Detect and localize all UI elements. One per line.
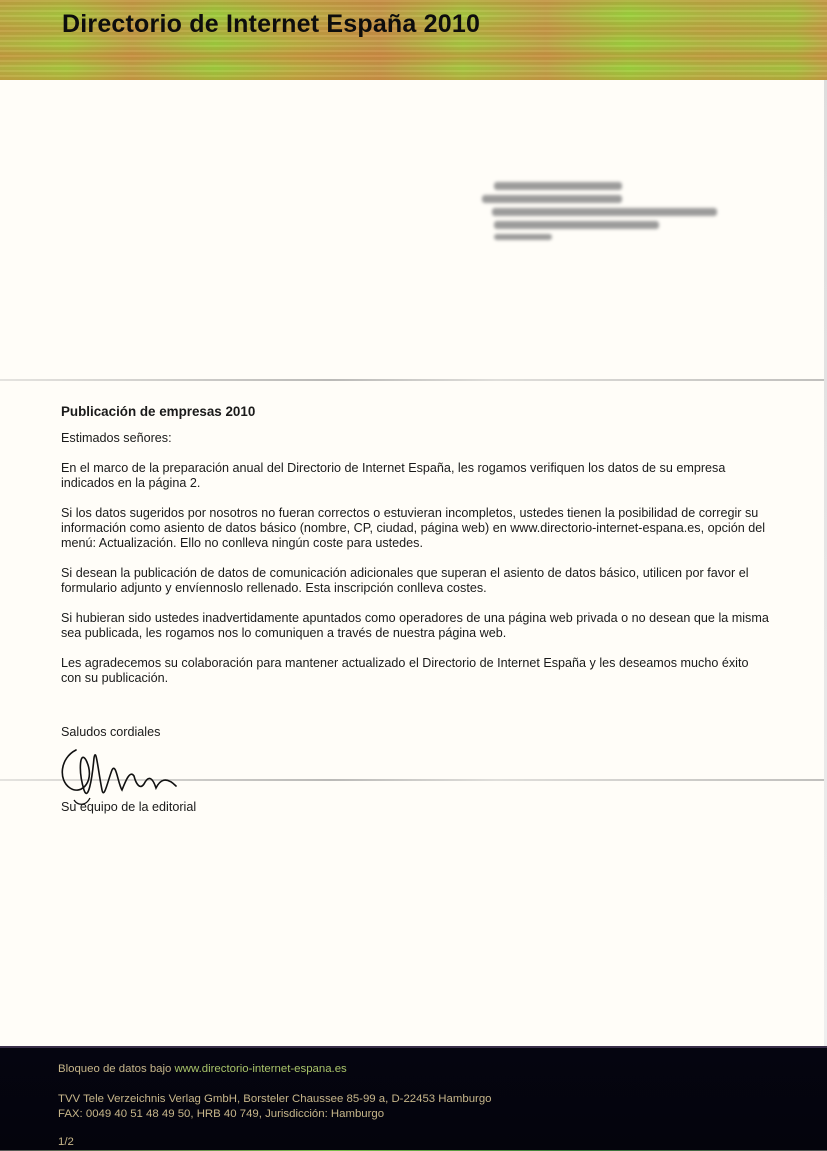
letter-body: Publicación de empresas 2010 Estimados s…: [61, 404, 771, 701]
footer-website-link[interactable]: www.directorio-internet-espana.es: [175, 1063, 347, 1075]
company-contact: FAX: 0049 40 51 48 49 50, HRB 40 749, Ju…: [58, 1107, 384, 1121]
redacted-line: [494, 221, 659, 229]
paragraph: En el marco de la preparación anual del …: [61, 461, 771, 491]
data-block-notice-label: Bloqueo de datos bajo: [58, 1063, 175, 1075]
redacted-line: [494, 182, 622, 190]
closing: Saludos cordiales: [61, 725, 160, 739]
paragraph: Si los datos sugeridos por nosotros no f…: [61, 506, 771, 551]
document-title: Directorio de Internet España 2010: [62, 10, 480, 39]
redacted-line: [482, 195, 622, 203]
company-address: TVV Tele Verzeichnis Verlag GmbH, Borste…: [58, 1092, 492, 1106]
salutation: Estimados señores:: [61, 431, 771, 446]
recipient-address-redacted: [482, 182, 732, 245]
paper-fold-line: [0, 379, 827, 381]
paragraph: Les agradecemos su colaboración para man…: [61, 656, 771, 686]
paragraph: Si hubieran sido ustedes inadvertidament…: [61, 611, 771, 641]
redacted-line: [494, 234, 552, 240]
data-block-notice: Bloqueo de datos bajo www.directorio-int…: [58, 1062, 347, 1076]
page-indicator: 1/2: [58, 1135, 74, 1149]
footer-bar: Bloqueo de datos bajo www.directorio-int…: [0, 1046, 827, 1151]
redacted-line: [492, 208, 717, 216]
signature-block: Su equipo de la editorial: [61, 800, 196, 814]
paragraph: Si desean la publicación de datos de com…: [61, 566, 771, 596]
letter-subject: Publicación de empresas 2010: [61, 404, 771, 419]
